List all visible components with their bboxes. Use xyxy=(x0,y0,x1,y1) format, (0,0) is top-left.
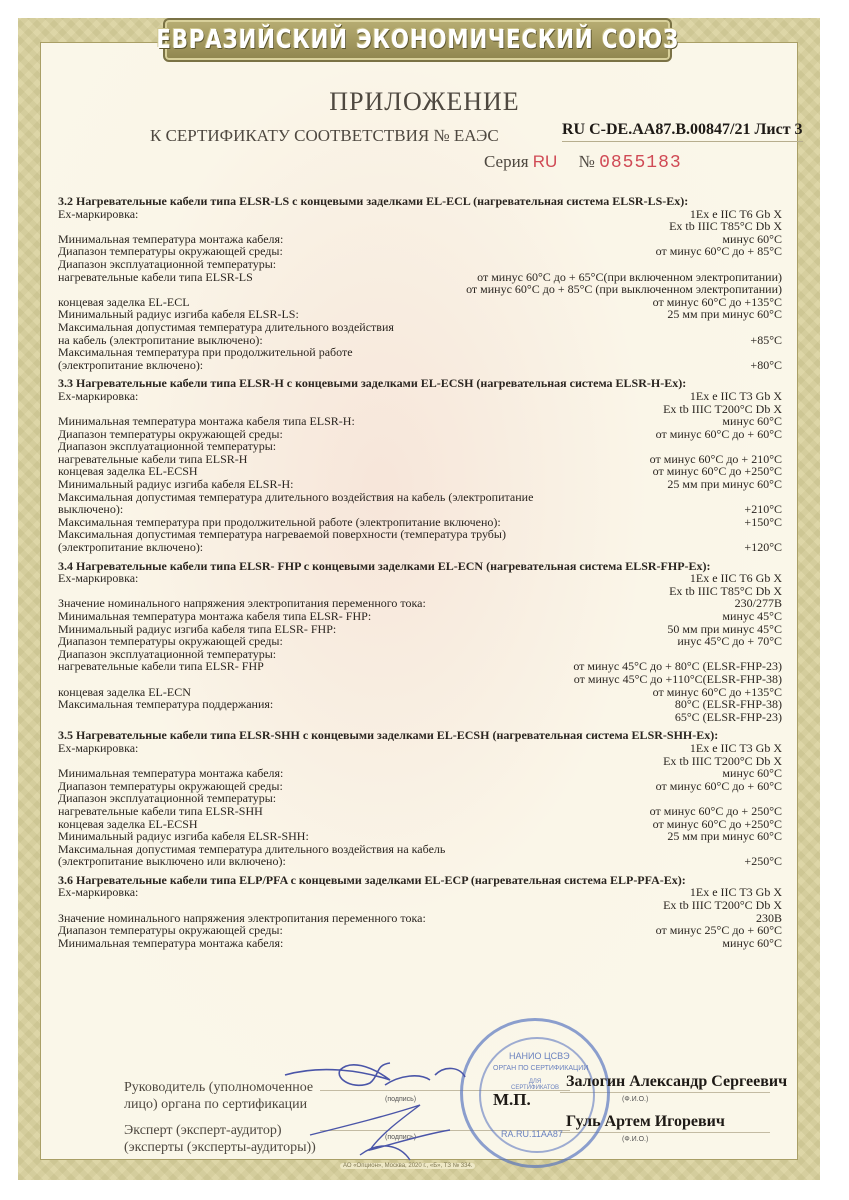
spec-label: Минимальная температура монтажа кабеля: xyxy=(58,767,283,780)
spec-value: 65°С (ELSR-FHP-23) xyxy=(675,711,782,724)
series-label: Серия xyxy=(484,152,529,171)
spec-row: Максимальная допустимая температура длит… xyxy=(58,321,782,334)
spec-value: от минус 60°С до + 85°С (при выключенном… xyxy=(466,283,782,296)
spec-label: (электропитание включено): xyxy=(58,359,203,372)
spec-label: Максимальная допустимая температура длит… xyxy=(58,491,533,504)
spec-value: 1Ex e IIC T3 Gb X xyxy=(690,390,782,403)
spec-value: 25 мм при минус 60°С xyxy=(667,478,782,491)
spec-label: Ex-маркировка: xyxy=(58,742,138,755)
spec-label: выключено): xyxy=(58,503,123,516)
spec-row: (электропитание включено):+80°С xyxy=(58,359,782,372)
spec-row: Ex tb IIIC T200°C Db X xyxy=(58,899,782,912)
spec-label: Максимальная температура поддержания: xyxy=(58,698,273,711)
spec-row: Минимальный радиус изгиба кабеля ELSR-H:… xyxy=(58,478,782,491)
spec-label: Минимальный радиус изгиба кабеля ELSR-H: xyxy=(58,478,293,491)
spec-label: Ex-маркировка: xyxy=(58,208,138,221)
union-title: ЕВРАЗИЙСКИЙ ЭКОНОМИЧЕСКИЙ СОЮЗ xyxy=(156,25,679,55)
spec-value: инус 45°С до + 70°С xyxy=(677,635,782,648)
spec-label: Максимальная допустимая температура длит… xyxy=(58,321,394,334)
printer-imprint: АО «Опцион», Москва, 2020 г., «Б», ТЗ № … xyxy=(340,1163,475,1169)
spec-value: от минус 45°С до +110°С(ELSR-FHP-38) xyxy=(574,673,782,686)
section-3: 3.3 Нагревательные кабели типа ELSR-H с … xyxy=(58,377,782,553)
spec-row: Диапазон эксплуатационной температуры: xyxy=(58,440,782,453)
certificate-label: К СЕРТИФИКАТУ СООТВЕТСТВИЯ № ЕАЭС xyxy=(150,126,499,146)
spec-label: Ex-маркировка: xyxy=(58,886,138,899)
spec-value: от минус 60°С до + 250°С xyxy=(650,805,782,818)
spec-value: от минус 60°С до + 60°С xyxy=(656,780,782,793)
spec-row: Максимальная температура поддержания:80°… xyxy=(58,698,782,711)
spec-label: Диапазон эксплуатационной температуры: xyxy=(58,258,276,271)
spec-value: +80°С xyxy=(750,359,782,372)
spec-row: Максимальная допустимая температура длит… xyxy=(58,491,782,504)
spec-label: Минимальная температура монтажа кабеля т… xyxy=(58,415,355,428)
spec-value: 1Ex e IIC T6 Gb X xyxy=(690,572,782,585)
spec-row: Минимальная температура монтажа кабеля т… xyxy=(58,610,782,623)
spec-value: от минус 60°С до + 85°С xyxy=(656,245,782,258)
spec-label: (электропитание включено): xyxy=(58,541,203,554)
spec-label: нагревательные кабели типа ELSR-SHH xyxy=(58,805,263,818)
spec-label: нагревательные кабели типа ELSR-LS xyxy=(58,271,253,284)
section-title: 3.4 Нагревательные кабели типа ELSR- FHP… xyxy=(58,560,782,573)
spec-value: 25 мм при минус 60°С xyxy=(667,830,782,843)
spec-row: Ex tb IIIC T85°C Db X xyxy=(58,220,782,233)
spec-row: Ex-маркировка:1Ex e IIC T6 Gb X xyxy=(58,572,782,585)
section-4: 3.4 Нагревательные кабели типа ELSR- FHP… xyxy=(58,560,782,724)
spec-value: 25 мм при минус 60°С xyxy=(667,308,782,321)
expert-name: Гуль Артем Игоревич xyxy=(566,1113,725,1131)
expert-label: Эксперт (эксперт-аудитор) (эксперты (экс… xyxy=(124,1122,316,1156)
spec-label: Диапазон температуры окружающей среды: xyxy=(58,635,283,648)
section-5: 3.5 Нагревательные кабели типа ELSR-SHH … xyxy=(58,729,782,868)
section-2: 3.2 Нагревательные кабели типа ELSR-LS с… xyxy=(58,195,782,371)
spec-row: Ex-маркировка:1Ex e IIC T3 Gb X xyxy=(58,742,782,755)
expert-fio-caption: (Ф.И.О.) xyxy=(622,1136,648,1143)
spec-row: Диапазон температуры окружающей среды:от… xyxy=(58,924,782,937)
section-title: 3.3 Нагревательные кабели типа ELSR-H с … xyxy=(58,377,782,390)
stamp-body: ОРГАН ПО СЕРТИФИКАЦИИ xyxy=(493,1065,588,1072)
spec-row: выключено):+210°С xyxy=(58,503,782,516)
stamp-org: НАНИО ЦСВЭ xyxy=(509,1051,570,1061)
spec-value: 1Ex e IIC T3 Gb X xyxy=(690,742,782,755)
series-value: RU xyxy=(533,152,558,171)
spec-value: 80°С (ELSR-FHP-38) xyxy=(675,698,782,711)
section-6: 3.6 Нагревательные кабели типа ELP/PFA с… xyxy=(58,874,782,950)
spec-label: Минимальная температура монтажа кабеля: xyxy=(58,937,283,950)
spec-value: Ex tb IIIC T200°C Db X xyxy=(663,899,782,912)
number-label: № xyxy=(579,152,595,171)
spec-value: +150°С xyxy=(744,516,782,529)
spec-row: Минимальная температура монтажа кабеля:м… xyxy=(58,767,782,780)
form-number: 0855183 xyxy=(599,153,682,173)
spec-value: минус 60°С xyxy=(722,767,782,780)
spec-value: Ex tb IIIC T85°C Db X xyxy=(669,220,782,233)
head-name: Залогин Александр Сергеевич xyxy=(566,1073,787,1091)
spec-row: от минус 45°С до +110°С(ELSR-FHP-38) xyxy=(58,673,782,686)
series-line: Серия RU № 0855183 xyxy=(484,152,682,173)
spec-row: Минимальная температура монтажа кабеля:м… xyxy=(58,937,782,950)
spec-label: Ex-маркировка: xyxy=(58,390,138,403)
spec-row: (электропитание включено):+120°С xyxy=(58,541,782,554)
spec-label: нагревательные кабели типа ELSR- FHP xyxy=(58,660,264,673)
spec-row: Ex-маркировка:1Ex e IIC T3 Gb X xyxy=(58,390,782,403)
spec-label: Ex-маркировка: xyxy=(58,572,138,585)
spec-row: от минус 60°С до + 85°С (при выключенном… xyxy=(58,283,782,296)
spec-value: +85°С xyxy=(750,334,782,347)
expert-label-line-2: (эксперты (эксперты-аудиторы)) xyxy=(124,1139,316,1156)
section-title: 3.2 Нагревательные кабели типа ELSR-LS с… xyxy=(58,195,782,208)
document-title: ПРИЛОЖЕНИЕ xyxy=(0,87,849,117)
spec-row: Диапазон эксплуатационной температуры: xyxy=(58,258,782,271)
spec-label: (электропитание выключено или включено): xyxy=(58,855,286,868)
spec-label: Минимальный радиус изгиба кабеля ELSR-SH… xyxy=(58,830,309,843)
spec-label: Диапазон эксплуатационной температуры: xyxy=(58,440,276,453)
spec-label: Минимальная температура монтажа кабеля т… xyxy=(58,610,371,623)
expert-label-line-1: Эксперт (эксперт-аудитор) xyxy=(124,1122,316,1139)
spec-value: минус 60°С xyxy=(722,937,782,950)
spec-value: +250°С xyxy=(744,855,782,868)
specifications: 3.2 Нагревательные кабели типа ELSR-LS с… xyxy=(58,195,782,955)
section-title: 3.5 Нагревательные кабели типа ELSR-SHH … xyxy=(58,729,782,742)
spec-value: от минус 60°С до + 60°С xyxy=(656,428,782,441)
union-banner: ЕВРАЗИЙСКИЙ ЭКОНОМИЧЕСКИЙ СОЮЗ xyxy=(163,18,672,62)
spec-row: Минимальная температура монтажа кабеля т… xyxy=(58,415,782,428)
spec-value: минус 60°С xyxy=(722,415,782,428)
spec-row: нагревательные кабели типа ELSR-SHHот ми… xyxy=(58,805,782,818)
spec-value: +120°С xyxy=(744,541,782,554)
stamp-reg: RA.RU.11АА87 xyxy=(501,1129,563,1139)
spec-value: минус 45°С xyxy=(722,610,782,623)
spec-row: Диапазон температуры окружающей среды:ин… xyxy=(58,635,782,648)
head-fio-caption: (Ф.И.О.) xyxy=(622,1096,648,1103)
section-title: 3.6 Нагревательные кабели типа ELP/PFA с… xyxy=(58,874,782,887)
spec-label: Диапазон температуры окружающей среды: xyxy=(58,924,283,937)
certificate-number: RU C-DE.AA87.B.00847/21 Лист 3 xyxy=(562,121,803,142)
spec-row: Максимальная температура при продолжител… xyxy=(58,346,782,359)
spec-value: +210°С xyxy=(744,503,782,516)
spec-row: 65°С (ELSR-FHP-23) xyxy=(58,711,782,724)
spec-row: (электропитание выключено или включено):… xyxy=(58,855,782,868)
spec-row: Минимальный радиус изгиба кабеля ELSR-SH… xyxy=(58,830,782,843)
spec-label: Максимальная температура при продолжител… xyxy=(58,346,353,359)
spec-value: от минус 25°С до + 60°С xyxy=(656,924,782,937)
expert-signature-icon xyxy=(300,1095,500,1165)
